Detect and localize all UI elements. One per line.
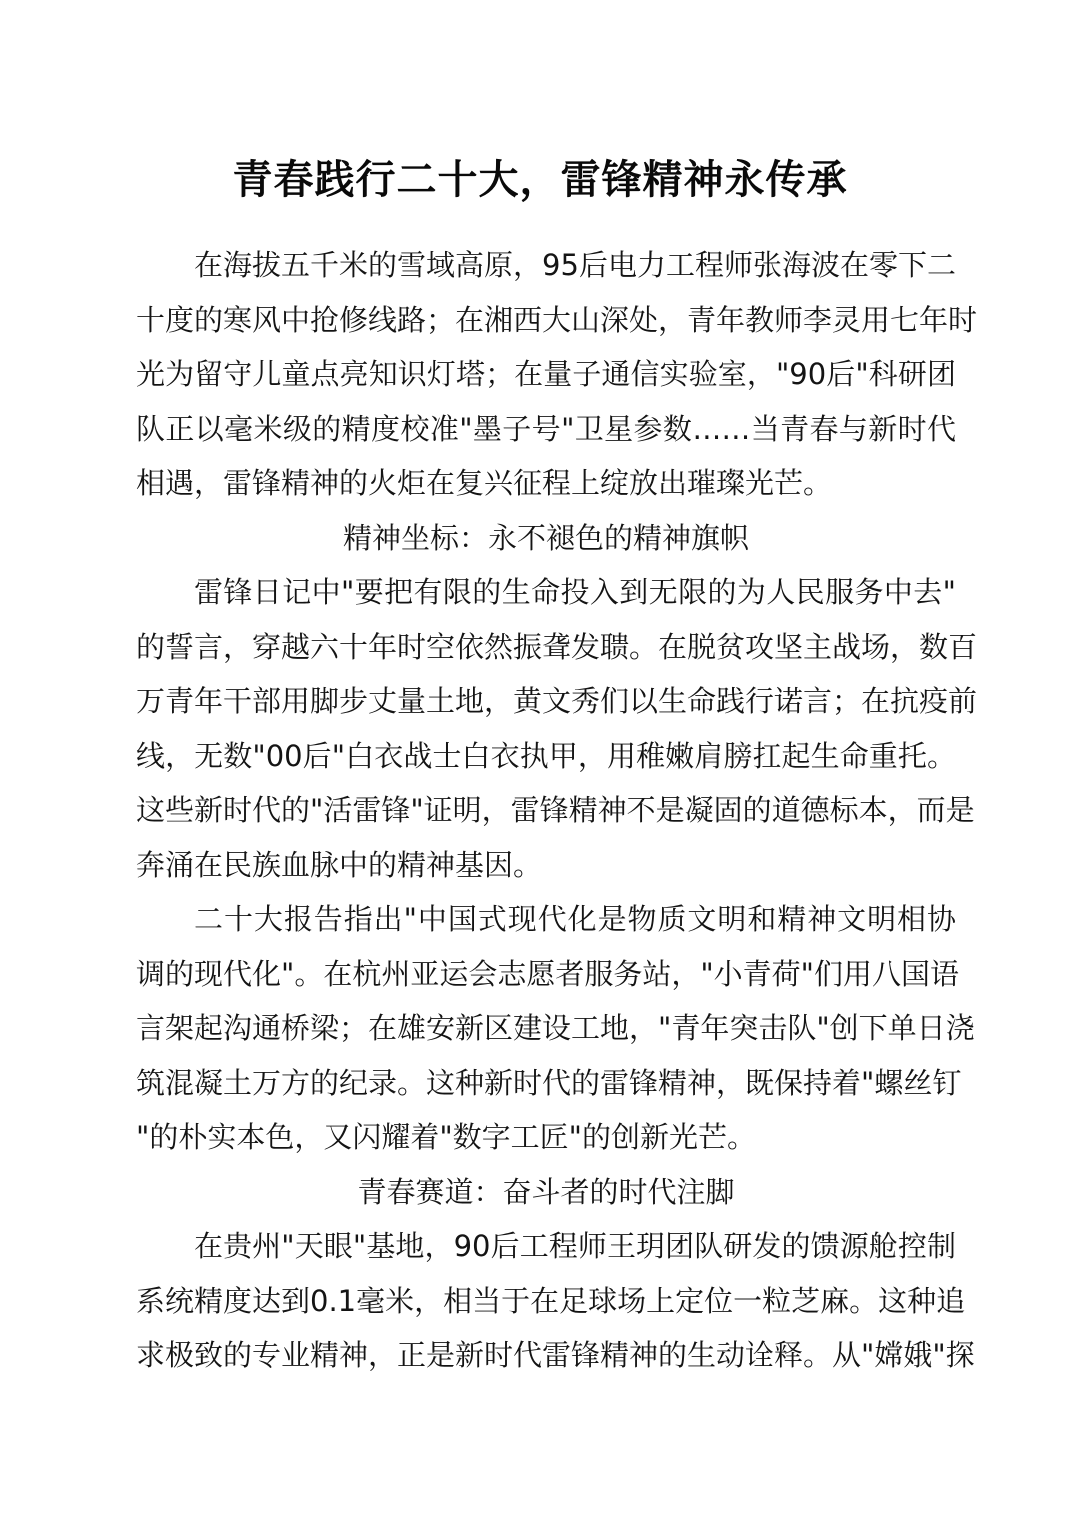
text-line: 言架起沟通桥梁；在雄安新区建设工地，"青年突击队"创下单日浇 <box>136 1001 956 1056</box>
text-line: 线，无数"00后"白衣战士白衣执甲，用稚嫩肩膀扛起生命重托。 <box>136 729 956 784</box>
text-line: 在海拔五千米的雪域高原，95后电力工程师张海波在零下二 <box>136 238 956 293</box>
article-title: 青春践行二十大，雷锋精神永传承 <box>0 152 1080 208</box>
text-line: 奔涌在民族血脉中的精神基因。 <box>136 838 956 893</box>
section-heading: 精神坐标：永不褪色的精神旗帜 <box>136 511 956 566</box>
text-line: 求极致的专业精神，正是新时代雷锋精神的生动诠释。从"嫦娥"探 <box>136 1328 956 1383</box>
text-line: 光为留守儿童点亮知识灯塔；在量子通信实验室，"90后"科研团 <box>136 347 956 402</box>
text-line: 调的现代化"。在杭州亚运会志愿者服务站，"小青荷"们用八国语 <box>136 947 956 1002</box>
text-line: 的誓言，穿越六十年时空依然振聋发聩。在脱贫攻坚主战场，数百 <box>136 620 956 675</box>
section-heading: 青春赛道：奋斗者的时代注脚 <box>136 1165 956 1220</box>
paragraph: 雷锋日记中"要把有限的生命投入到无限的为人民服务中去" 的誓言，穿越六十年时空依… <box>136 565 956 892</box>
paragraph: 二十大报告指出"中国式现代化是物质文明和精神文明相协 调的现代化"。在杭州亚运会… <box>136 892 956 1165</box>
text-line: 队正以毫米级的精度校准"墨子号"卫星参数……当青春与新时代 <box>136 402 956 457</box>
document-page: 青春践行二十大，雷锋精神永传承 在海拔五千米的雪域高原，95后电力工程师张海波在… <box>0 0 1080 1527</box>
article-body: 在海拔五千米的雪域高原，95后电力工程师张海波在零下二 十度的寒风中抢修线路；在… <box>136 238 956 1383</box>
text-line: 这些新时代的"活雷锋"证明，雷锋精神不是凝固的道德标本，而是 <box>136 783 956 838</box>
paragraph-intro: 在海拔五千米的雪域高原，95后电力工程师张海波在零下二 十度的寒风中抢修线路；在… <box>136 238 956 511</box>
text-line: 在贵州"天眼"基地，90后工程师王玥团队研发的馈源舱控制 <box>136 1219 956 1274</box>
text-line: 系统精度达到0.1毫米，相当于在足球场上定位一粒芝麻。这种追 <box>136 1274 956 1329</box>
text-line: 二十大报告指出"中国式现代化是物质文明和精神文明相协 <box>136 892 956 947</box>
text-line: "的朴实本色，又闪耀着"数字工匠"的创新光芒。 <box>136 1110 956 1165</box>
text-line: 十度的寒风中抢修线路；在湘西大山深处，青年教师李灵用七年时 <box>136 293 956 348</box>
paragraph: 在贵州"天眼"基地，90后工程师王玥团队研发的馈源舱控制 系统精度达到0.1毫米… <box>136 1219 956 1383</box>
text-line: 万青年干部用脚步丈量土地，黄文秀们以生命践行诺言；在抗疫前 <box>136 674 956 729</box>
text-line: 雷锋日记中"要把有限的生命投入到无限的为人民服务中去" <box>136 565 956 620</box>
text-line: 筑混凝土万方的纪录。这种新时代的雷锋精神，既保持着"螺丝钉 <box>136 1056 956 1111</box>
text-line: 相遇，雷锋精神的火炬在复兴征程上绽放出璀璨光芒。 <box>136 456 956 511</box>
